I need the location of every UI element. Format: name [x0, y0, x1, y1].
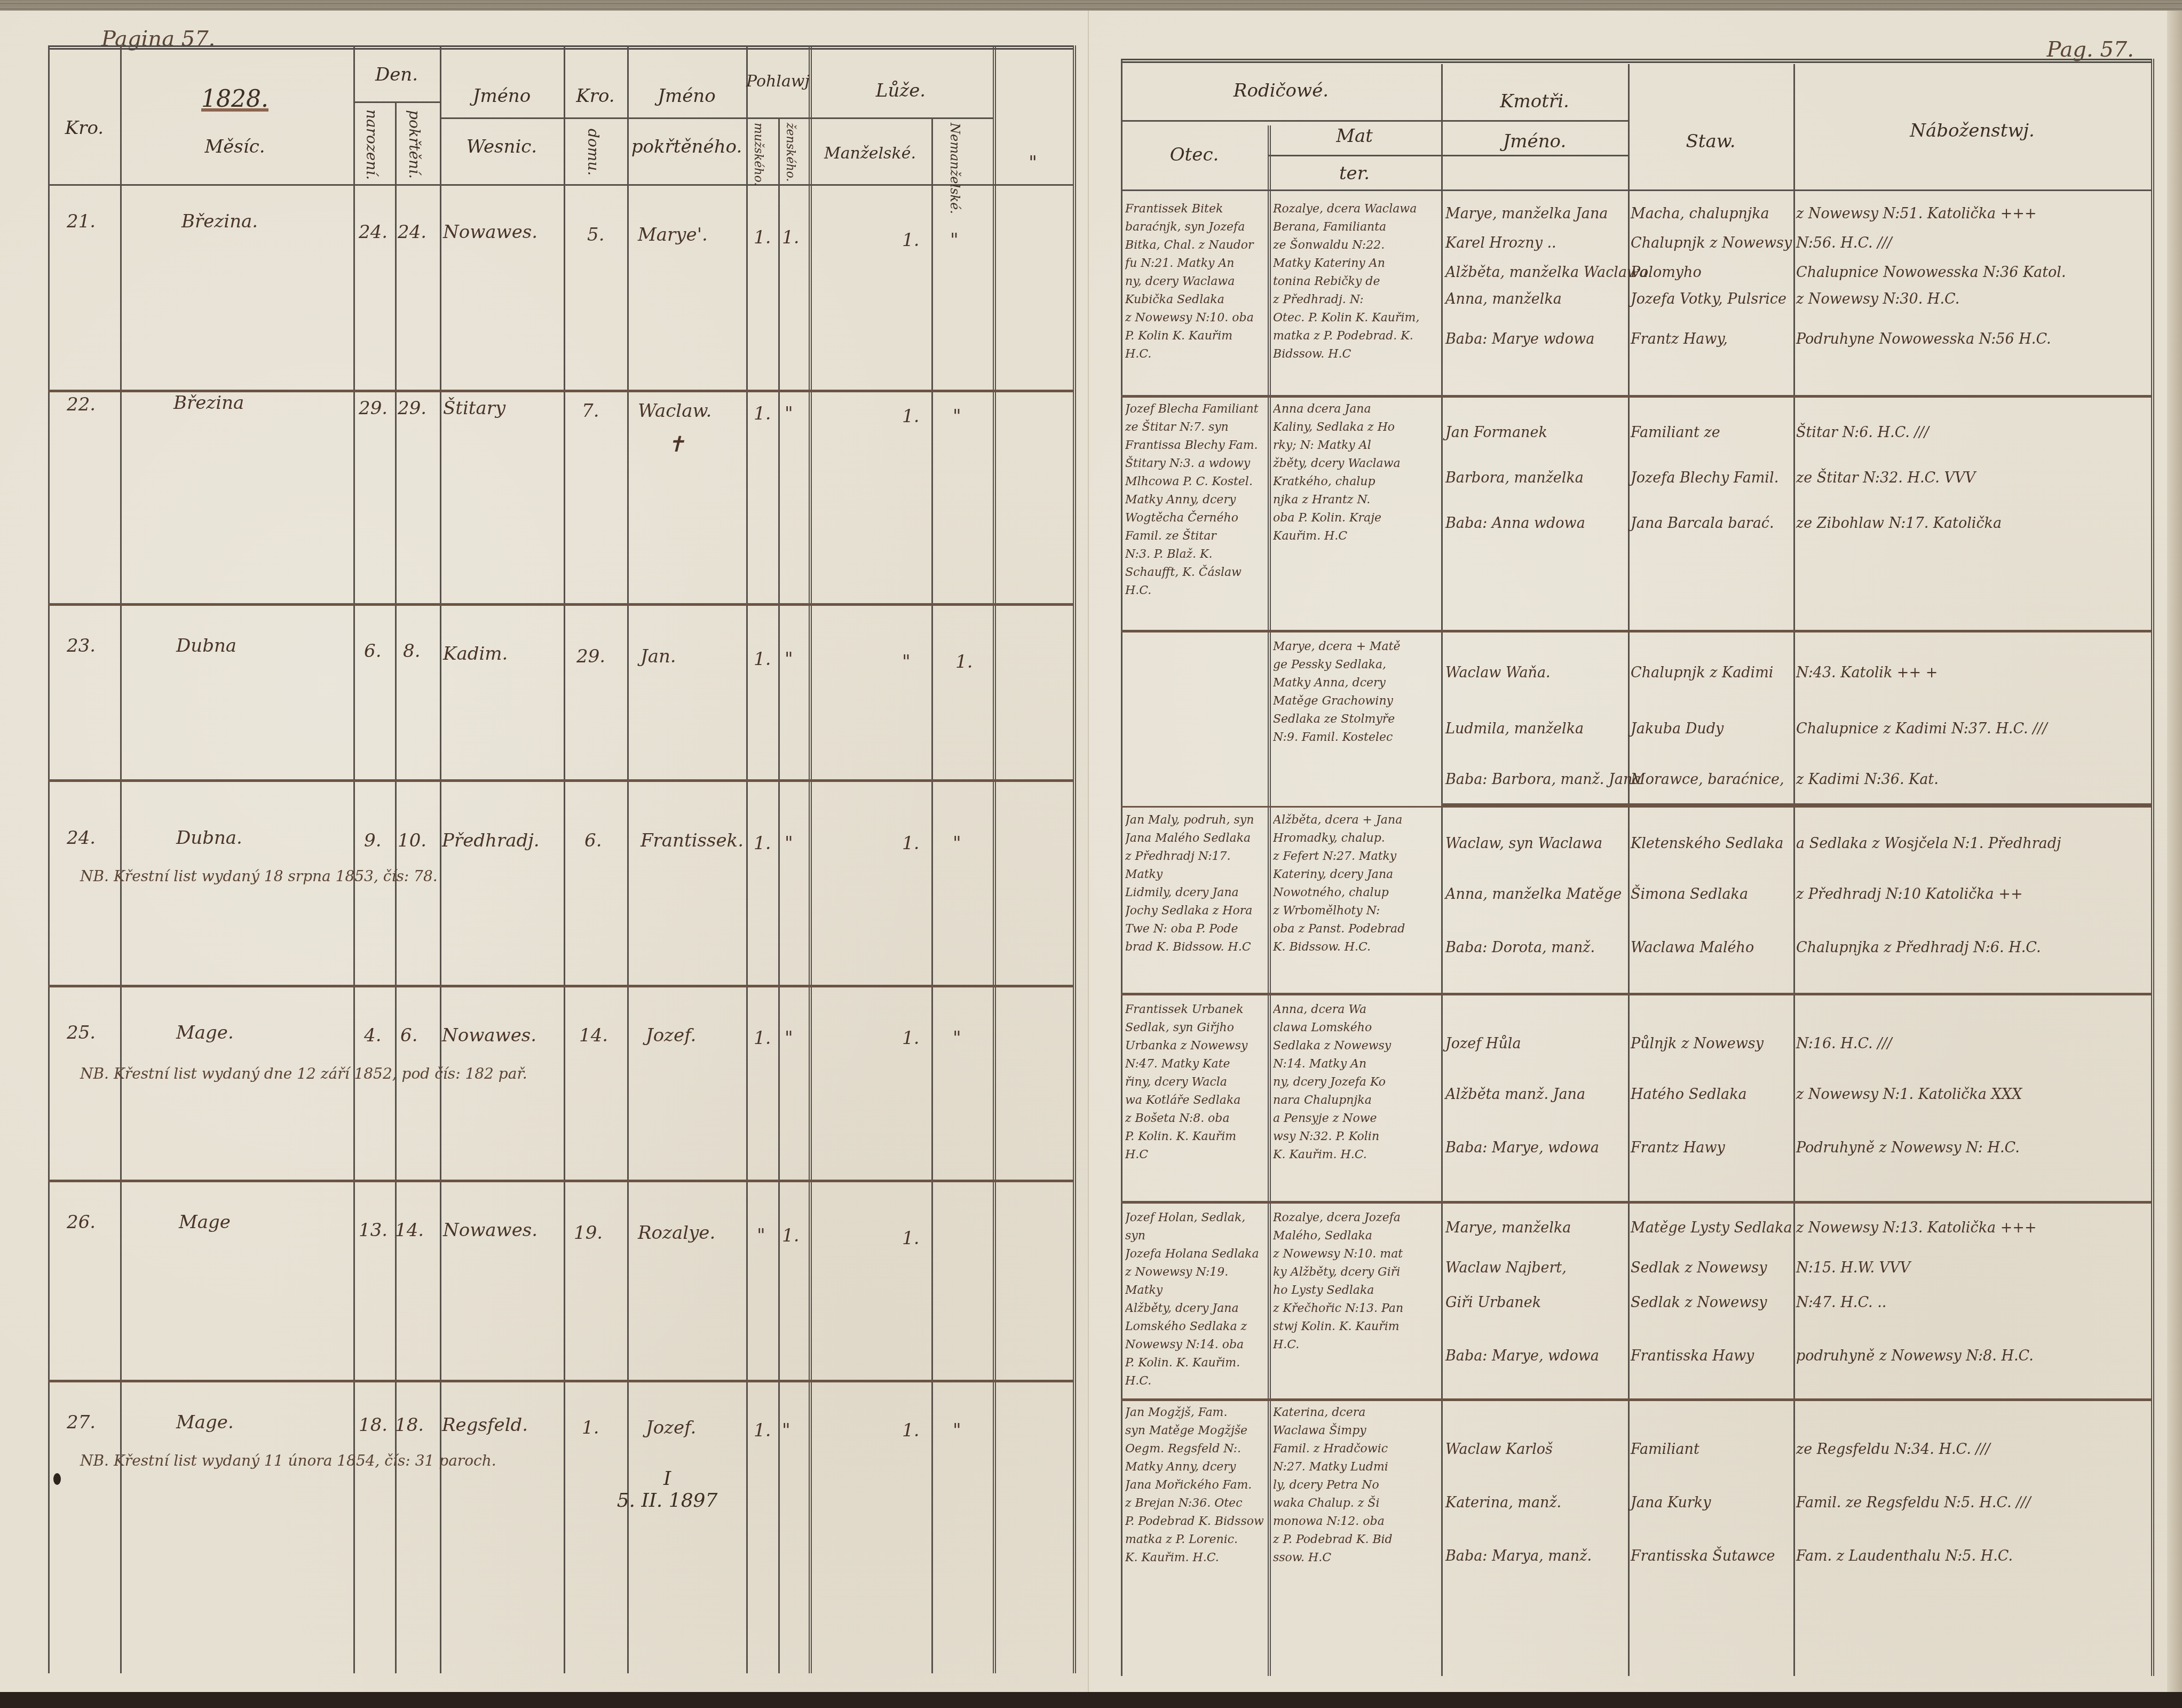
midwife-status: Waclawa Malého [1631, 939, 1754, 956]
godparent-religion: a Sedlaka z Wosjčela N:1. Předhradj [1796, 835, 2061, 852]
entry-female: 1. [782, 227, 799, 248]
mother-details: Katerina, dcera Waclawa Šimpy Famil. z H… [1273, 1404, 1440, 1671]
header-child: pokřtěného. [627, 136, 746, 157]
father-details: Jozef Holan, Sedlak, syn Jozefa Holana S… [1125, 1209, 1265, 1396]
rule [564, 45, 565, 1673]
rule [778, 117, 780, 1673]
header-day: Den. [353, 64, 440, 85]
rule [1628, 64, 1630, 1676]
midwife-name: Baba: Dorota, manž. [1445, 939, 1595, 956]
godparent-name: Katerina, manž. [1445, 1494, 1561, 1511]
godparent-name: Waclaw Najbert, [1445, 1260, 1567, 1276]
godparent-status: Jozefa Blechy Famil. [1631, 470, 1778, 486]
entry-legitimate: 1. [902, 406, 919, 427]
entry-month: Březina. [181, 211, 258, 232]
rule [440, 45, 441, 1673]
entry-month: Mage [179, 1212, 231, 1233]
entry-male: 1. [754, 833, 771, 854]
godparent-name: Jan Formanek [1445, 424, 1547, 441]
godparent-status: Polomyho [1631, 264, 1702, 281]
entry-illegitimate: " [953, 1420, 961, 1441]
midwife-religion: z Kadimi N:36. Kat. [1796, 771, 1939, 788]
entry-number: 24. [67, 827, 96, 849]
entry-male: 1. [754, 649, 771, 670]
midwife-status: Frantisska Šutawce [1631, 1548, 1775, 1564]
midwife-religion: Podruhyne Nowowesska N:56 H.C. [1796, 331, 2051, 347]
header-sex-male: mužského. [752, 123, 765, 181]
entry-born: 6. [364, 640, 381, 662]
entry-legitimate: 1. [902, 230, 919, 251]
entry-female: " [785, 833, 793, 854]
godparent-status: Sedlak z Nowewsy [1631, 1260, 1767, 1276]
entry-legitimate: 1. [902, 1027, 919, 1049]
entry-female: " [782, 1420, 790, 1441]
entry-house: 5. [587, 224, 604, 246]
entry-male: 1. [754, 1027, 771, 1049]
godparent-status: Hatého Sedlaka [1631, 1086, 1747, 1103]
entry-month: Březina [173, 392, 244, 414]
father-details: Jan Maly, podruh, syn Jana Malého Sedlak… [1125, 811, 1265, 990]
godparent-name: Anna, manželka [1445, 291, 1562, 307]
entry-baptized: 8. [403, 640, 420, 662]
godparent-status: Familiant ze [1631, 424, 1720, 441]
entry-born: 18. [359, 1414, 388, 1436]
rule [353, 101, 440, 103]
godparent-religion: z Nowewsy N:30. H.C. [1796, 291, 1959, 307]
midwife-religion: Fam. z Laudenthalu N:5. H.C. [1796, 1548, 2013, 1564]
row-separator [1121, 1201, 2151, 1204]
rule [48, 45, 50, 1673]
row-separator [1121, 993, 2151, 995]
entry-child-name: Jozef. [646, 1025, 696, 1046]
entry-illegitimate: " [950, 230, 959, 251]
header-number: Kro. [52, 117, 116, 139]
entry-village: Nowawes. [443, 1220, 537, 1241]
entry-female: " [785, 649, 793, 670]
header-bottom-rule [48, 184, 1073, 186]
header-godparents: Kmotři. [1441, 91, 1628, 112]
entry-child-name: Marye'. [638, 224, 708, 246]
header-bottom-rule [1121, 189, 2151, 191]
entry-house: 29. [576, 646, 605, 667]
header-mother-bottom: ter. [1268, 163, 1441, 184]
entry-child-name: Frantissek. [641, 830, 744, 851]
godparent-status: Chalupnjk z Nowewsy [1631, 235, 1792, 251]
father-details: Frantissek Bitek baraćnjk, syn Jozefa Bi… [1125, 200, 1265, 392]
godparent-name: Giři Urbanek [1445, 1294, 1541, 1311]
row-separator [1121, 630, 2151, 632]
midwife-religion: podruhyně z Nowewsy N:8. H.C. [1796, 1348, 2034, 1364]
header-religion: Náboženstwj. [1793, 120, 2151, 141]
godparent-name: Alžběta manž. Jana [1445, 1086, 1585, 1103]
entry-village: Štitary [443, 398, 505, 419]
rule [353, 45, 355, 1673]
entry-illegitimate: " [953, 1027, 961, 1049]
godparent-status: Matěge Lysty Sedlaka [1631, 1220, 1792, 1236]
header-day-born: narození. [363, 109, 381, 179]
entry-month: Dubna [176, 635, 236, 657]
header-extra: " [1003, 152, 1062, 173]
rule [993, 45, 996, 1673]
entry-female: " [785, 403, 793, 424]
header-father: Otec. [1121, 144, 1268, 165]
midwife-status: Morawce, baraćnice, [1631, 771, 1784, 788]
father-details: Frantissek Urbanek Sedlak, syn Giřjho Ur… [1125, 1001, 1265, 1198]
godparent-religion: ze Regsfeldu N:34. H.C. /// [1796, 1441, 1990, 1458]
rule [1121, 120, 1628, 122]
header-day-baptized: pokřtění. [406, 109, 423, 179]
ink-blot [53, 1473, 61, 1485]
godparent-name: Waclaw, syn Waclawa [1445, 835, 1602, 852]
entry-legitimate: " [902, 651, 911, 673]
entry-house: 14. [579, 1025, 608, 1046]
entry-month: Mage. [176, 1022, 234, 1043]
row-separator [48, 1380, 1073, 1382]
entry-baptized: 18. [395, 1414, 424, 1436]
header-sex: Pohlawj [746, 72, 809, 91]
entry-born: 24. [359, 222, 388, 243]
rule [1268, 125, 1271, 1676]
father-details: Jan Mogžjš, Fam. syn Matěge Mogžjše Oegm… [1125, 1404, 1265, 1671]
godparent-name: Anna, manželka Matěge [1445, 886, 1622, 903]
row-separator [1121, 1398, 2151, 1401]
midwife-name: Baba: Anna wdowa [1445, 515, 1585, 532]
entry-village: Regsfeld. [442, 1414, 528, 1436]
godparent-status: Jana Kurky [1631, 1494, 1711, 1511]
entry-house: 19. [574, 1222, 603, 1244]
midwife-religion: Podruhyně z Nowewsy N: H.C. [1796, 1140, 2020, 1156]
entry-child-name: Rozalye. [638, 1222, 715, 1244]
rule [1793, 64, 1795, 1676]
header-sex-female: ženského. [784, 123, 797, 181]
entry-village: Předhradj. [442, 830, 540, 851]
entry-legitimate: 1. [902, 1228, 919, 1249]
death-cross-mark: ✝ [667, 432, 685, 457]
rule [1441, 64, 1443, 1676]
entry-born: 9. [364, 830, 381, 851]
midwife-name: Baba: Marye wdowa [1445, 331, 1594, 347]
godparent-name: Ludmila, manželka [1445, 721, 1584, 737]
godparent-name: Marye, manželka Jana [1445, 205, 1608, 222]
father-details: Jozef Blecha Familiant ze Štitar N:7. sy… [1125, 400, 1265, 627]
godparent-religion: N:43. Katolik ++ + [1796, 665, 1938, 681]
midwife-religion: ze Zibohlaw N:17. Katolička [1796, 515, 2002, 532]
entry-number: 22. [67, 394, 96, 415]
entry-number: 27. [67, 1412, 96, 1433]
midwife-name: Baba: Barbora, manž. Jana [1445, 771, 1641, 788]
annotation-stamp: I 5. II. 1897 [603, 1468, 731, 1512]
header-house: domu. [584, 123, 602, 181]
entry-born: 29. [359, 398, 388, 419]
godparent-religion: Štitar N:6. H.C. /// [1796, 424, 1929, 441]
header-godparent-name: Jméno. [1441, 131, 1628, 152]
rule [746, 45, 748, 1673]
midwife-name: Baba: Marya, manž. [1445, 1548, 1592, 1564]
left-page: Pagina 57. Kro. 1828. Měsíc. Den. naroze… [0, 11, 1089, 1692]
godparent-name: Waclaw Karloš [1445, 1441, 1553, 1458]
header-house-top: Kro. [564, 85, 627, 107]
godparent-name: Waclaw Waňa. [1445, 665, 1551, 681]
entry-child-name: Jan. [641, 646, 676, 667]
rule [440, 117, 993, 119]
left-table-top-rule [48, 45, 1073, 50]
header-parents: Rodičowé. [1121, 80, 1441, 101]
mother-details: Anna, dcera Wa clawa Lomského Sedlaka z … [1273, 1001, 1440, 1198]
header-village-top: Jméno [440, 85, 564, 107]
rule [2151, 59, 2154, 1676]
mother-details: Alžběta, dcera + Jana Hromadky, chalup. … [1273, 811, 1440, 990]
entry-illegitimate: " [953, 833, 961, 854]
rule [120, 45, 122, 1673]
entry-baptized: 14. [395, 1220, 424, 1241]
entry-legitimate: 1. [902, 1420, 919, 1441]
entry-house: 1. [582, 1417, 599, 1438]
header-month: Měsíc. [160, 136, 310, 157]
row-separator [1121, 395, 2151, 398]
godparent-religion: Chalupnice Nowowesska N:36 Katol. [1796, 264, 2066, 281]
midwife-status: Frantz Hawy, [1631, 331, 1728, 347]
godparent-religion: z Předhradj N:10 Katolička ++ [1796, 886, 2023, 903]
midwife-status: Jana Barcala barać. [1631, 515, 1774, 532]
godparent-religion: Chalupnice z Kadimi N:37. H.C. /// [1796, 721, 2047, 737]
entry-village: Nowawes. [442, 1025, 536, 1046]
rule [1121, 59, 1122, 1676]
godparent-status: Šimona Sedlaka [1631, 886, 1748, 903]
midwife-religion: Chalupnjka z Předhradj N:6. H.C. [1796, 939, 2041, 956]
entry-born: 4. [364, 1025, 381, 1046]
midwife-name: Baba: Marye, wdowa [1445, 1140, 1599, 1156]
header-year: 1828. [160, 85, 310, 113]
godparent-religion: N:15. H.W. VVV [1796, 1260, 1910, 1276]
entry-number: 26. [67, 1212, 96, 1233]
header-child-top: Jméno [627, 85, 746, 107]
rule [1268, 155, 1628, 156]
godparent-status: Familiant [1631, 1441, 1699, 1458]
godparent-status: Půlnjk z Nowewsy [1631, 1035, 1764, 1052]
godparent-status: Kletenského Sedlaka [1631, 835, 1783, 852]
midwife-status: Frantz Hawy [1631, 1140, 1725, 1156]
entry-baptized: 24. [398, 222, 426, 243]
baptism-certificate-note: NB. Křestní list wydaný dne 12 září 1852… [80, 1065, 527, 1082]
entry-number: 23. [67, 635, 96, 657]
row-separator [48, 1180, 1073, 1182]
entry-child-name: Waclaw. [638, 400, 711, 422]
entry-village: Nowawes. [443, 222, 537, 243]
midwife-name: Baba: Marye, wdowa [1445, 1348, 1599, 1364]
entry-village: Kadim. [443, 643, 508, 665]
entry-number: 25. [67, 1022, 96, 1043]
entry-baptized: 29. [398, 398, 426, 419]
entry-male: 1. [754, 227, 771, 248]
rule [809, 45, 812, 1673]
mother-details: Marye, dcera + Matě ge Pessky Sedlaka, M… [1273, 638, 1440, 801]
entry-month: Dubna. [176, 827, 242, 849]
godparent-name: Jozef Hůla [1445, 1035, 1521, 1052]
header-illegitimate: Nemanželské. [947, 123, 962, 187]
baptism-certificate-note: NB. Křestní list wydaný 18 srpna 1853, č… [80, 867, 438, 885]
right-page: Pag. 57. Rodičowé. Kmotři. Otec. Mat ter… [1089, 11, 2182, 1692]
godparent-religion: N:47. H.C. .. [1796, 1294, 1886, 1311]
godparent-religion: Famil. ze Regsfeldu N:5. H.C. /// [1796, 1494, 2031, 1511]
header-mother-top: Mat [1268, 125, 1441, 147]
godparent-name: Barbora, manželka [1445, 470, 1584, 486]
header-status: Staw. [1628, 131, 1793, 152]
entry-baptized: 6. [400, 1025, 417, 1046]
godparent-religion: z Nowewsy N:13. Katolička +++ [1796, 1220, 2037, 1236]
row-separator [48, 603, 1073, 606]
godparent-religion: z Nowewsy N:1. Katolička XXX [1796, 1086, 2022, 1103]
entry-male: 1. [754, 1420, 771, 1441]
entry-illegitimate: " [953, 406, 961, 427]
rule [627, 45, 629, 1673]
right-table-top-rule [1121, 59, 2151, 63]
midwife-status: Frantisska Hawy [1631, 1348, 1754, 1364]
rule [931, 117, 933, 1673]
godparent-status: Sedlak z Nowewsy [1631, 1294, 1767, 1311]
row-separator [48, 779, 1073, 782]
mother-details: Anna dcera Jana Kaliny, Sedlaka z Ho rky… [1273, 400, 1440, 627]
entry-number: 21. [67, 211, 96, 232]
row-separator [48, 985, 1073, 987]
godparent-religion: z Nowewsy N:51. Katolička +++ [1796, 205, 2037, 222]
godparent-status: Jozefa Votky, Pulsrice [1631, 291, 1786, 307]
godparent-name: Alžběta, manželka Waclawa [1445, 264, 1648, 281]
entry-house: 7. [582, 400, 599, 422]
godparent-name: Karel Hrozny .. [1445, 235, 1556, 251]
godparent-religion: ze Štitar N:32. H.C. VVV [1796, 470, 1975, 486]
mother-details: Rozalye, dcera Jozefa Malého, Sedlaka z … [1273, 1209, 1440, 1396]
entry-male: " [757, 1225, 765, 1246]
rule [1073, 45, 1076, 1673]
godparent-name: Marye, manželka [1445, 1220, 1571, 1236]
godparent-status: Jakuba Dudy [1631, 721, 1724, 737]
entry-born: 13. [359, 1220, 388, 1241]
entry-child-name: Jozef. [646, 1417, 696, 1438]
header-legitimacy: Lůže. [809, 80, 993, 101]
header-village: Wesnic. [440, 136, 564, 157]
entry-baptized: 10. [398, 830, 426, 851]
entry-house: 6. [584, 830, 602, 851]
entry-female: " [785, 1027, 793, 1049]
header-legitimate: Manželské. [811, 144, 929, 163]
rule [395, 101, 397, 1673]
mother-details: Rozalye, dcera Waclawa Berana, Familiant… [1273, 200, 1440, 392]
godparent-status: Macha, chalupnjka [1631, 205, 1769, 222]
entry-legitimate: 1. [902, 833, 919, 854]
godparent-religion: N:16. H.C. /// [1796, 1035, 1892, 1052]
entry-female: 1. [782, 1225, 799, 1246]
row-separator [1121, 806, 2151, 808]
godparent-status: Chalupnjk z Kadimi [1631, 665, 1773, 681]
entry-month: Mage. [176, 1412, 234, 1433]
entry-illegitimate: 1. [955, 651, 973, 673]
entry-male: 1. [754, 403, 771, 424]
godparent-religion: N:56. H.C. /// [1796, 235, 1892, 251]
baptism-certificate-note: NB. Křestní list wydaný 11 února 1854, č… [80, 1452, 496, 1469]
